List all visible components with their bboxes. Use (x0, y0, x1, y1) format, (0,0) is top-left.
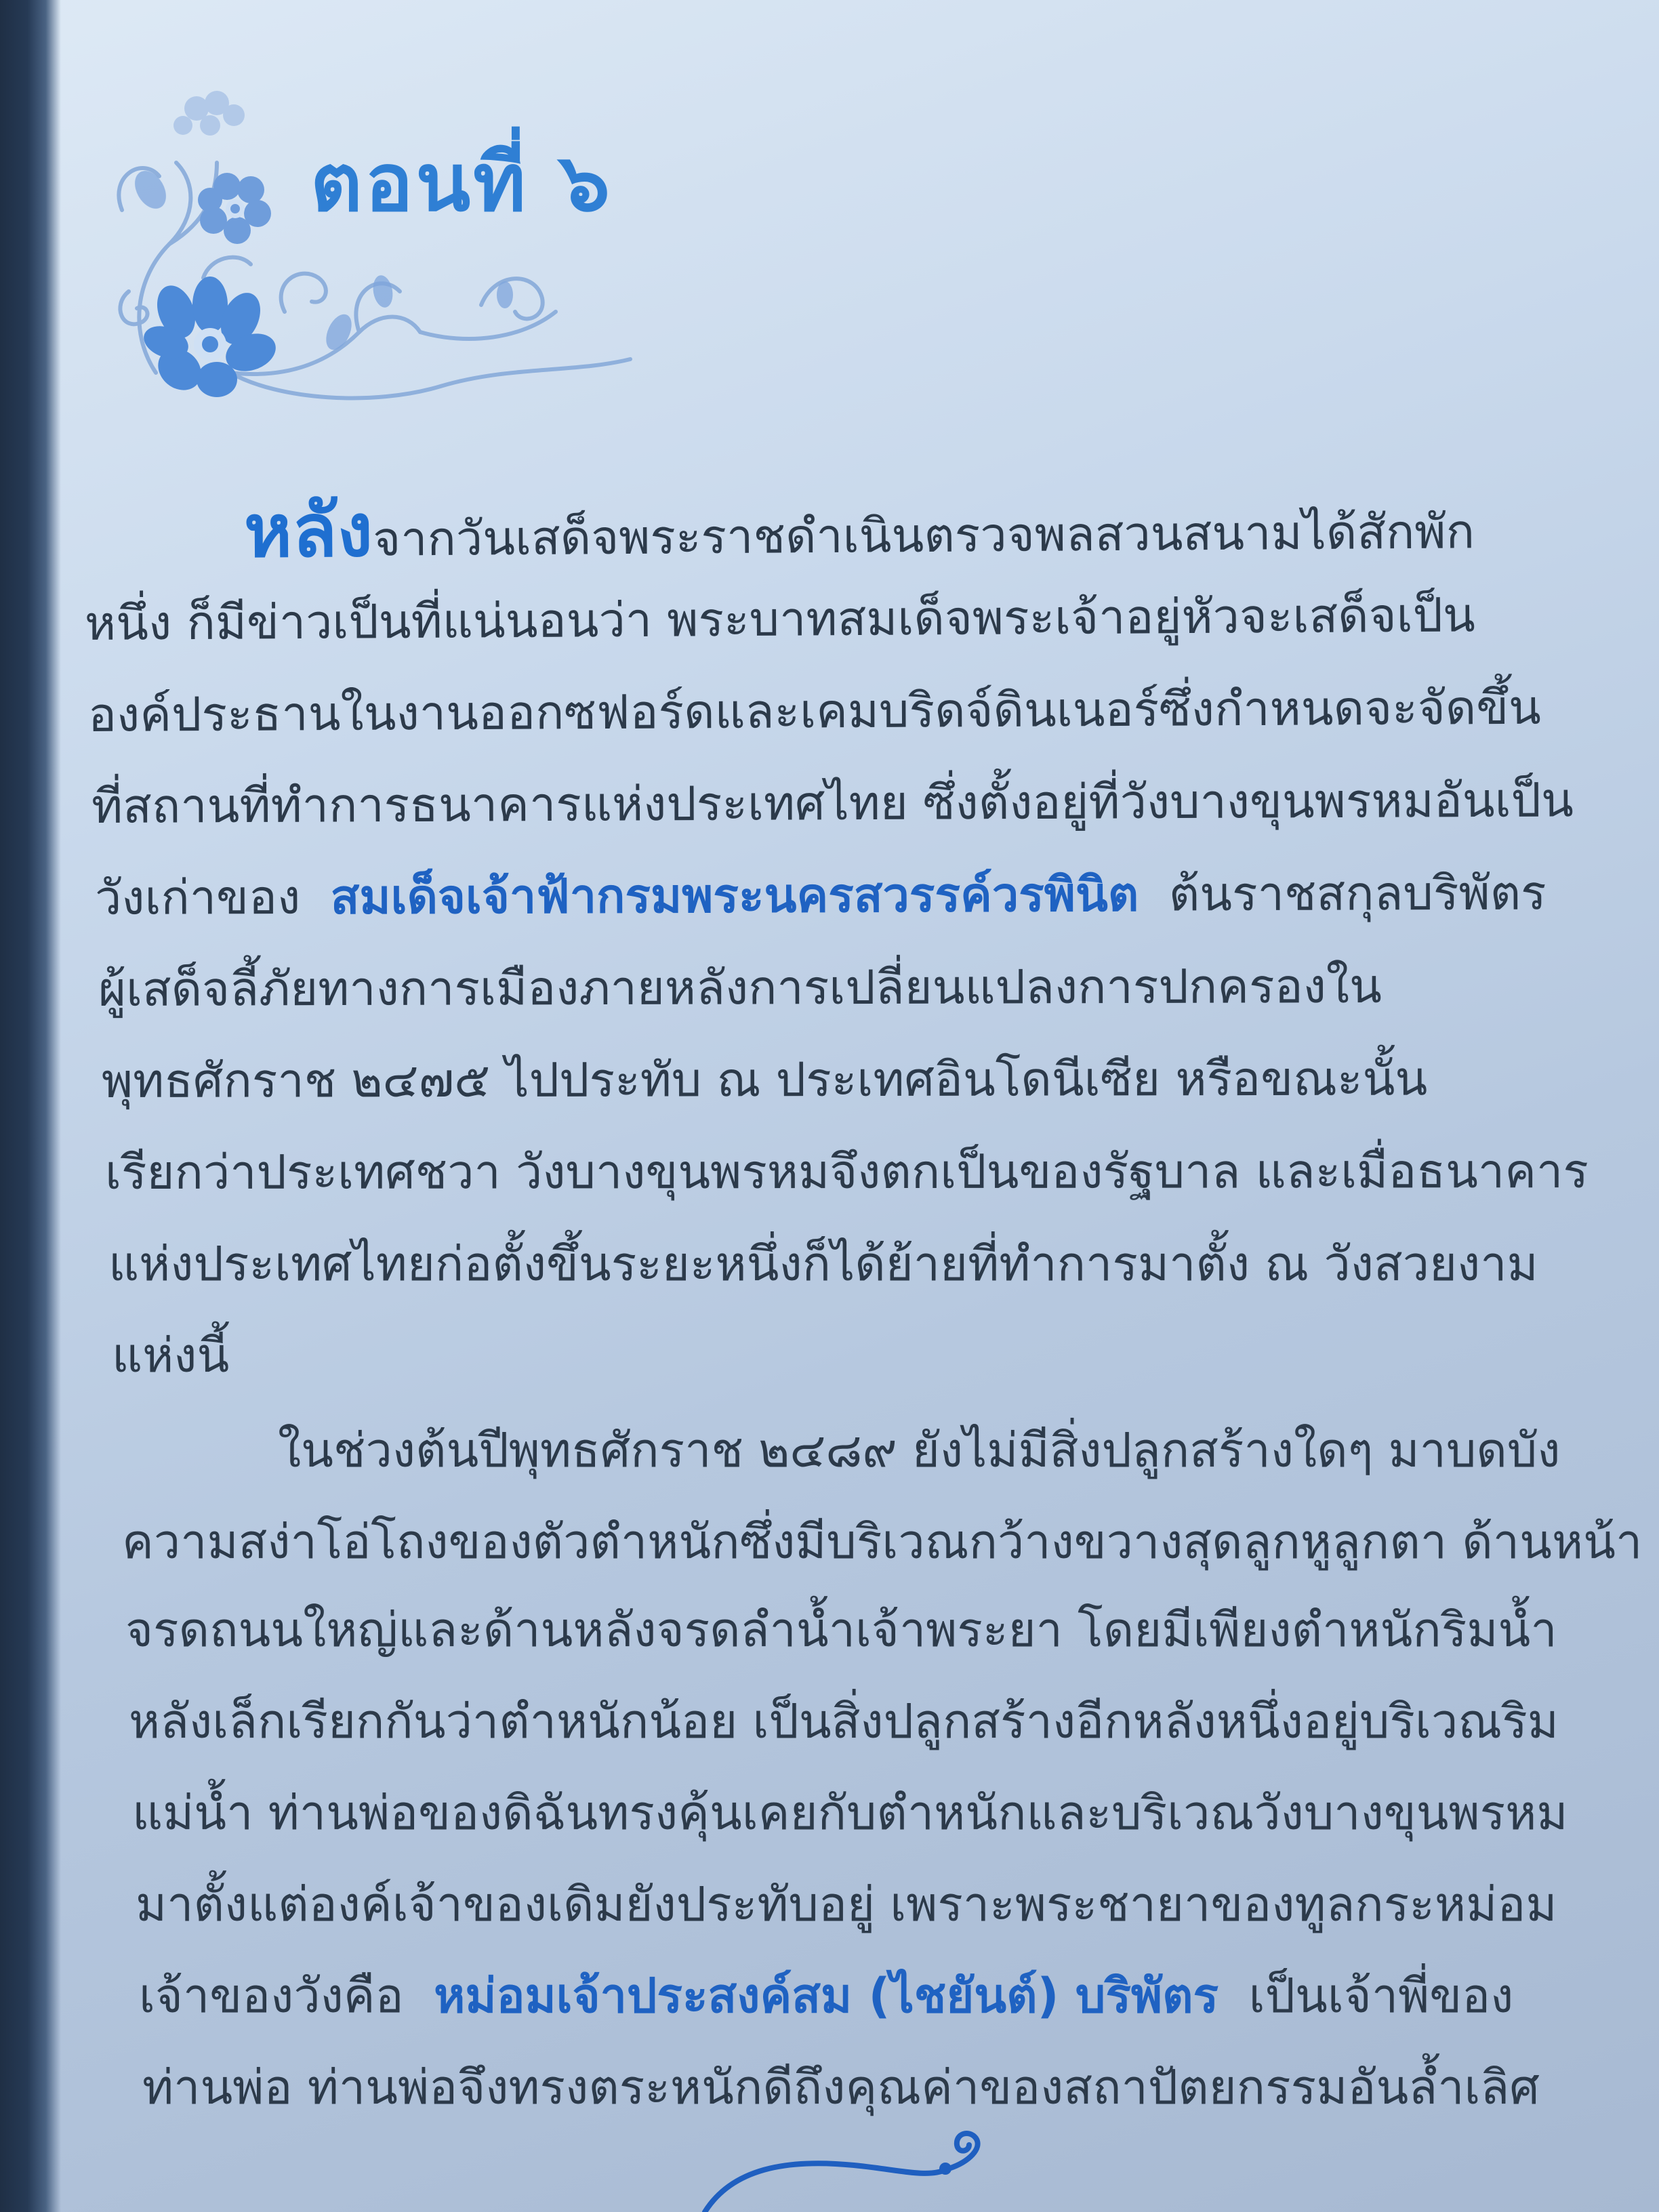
paragraph1-line-2: หนึ่ง ก็มีข่าวเป็นที่แน่นอนว่า พระบาทสมเ… (85, 581, 1475, 657)
paragraph2-line-1: ในช่วงต้นปีพุทธศักราช ๒๔๘๙ ยังไม่มีสิ่งป… (278, 1416, 1560, 1484)
line-text: เจ้าของวังคือ (139, 1968, 404, 2024)
emphasis-royal-name: สมเด็จเจ้าฟ้ากรมพระนครสวรรค์วรพินิต (331, 867, 1139, 925)
paragraph1-line-10: แห่งนี้ (112, 1322, 229, 1389)
paragraph2-line-6: มาตั้งแต่องค์เจ้าของเดิมยังประทับอยู่ เพ… (136, 1870, 1557, 1938)
line-text: วังเก่าของ (95, 869, 300, 926)
paragraph1-line-5: วังเก่าของ สมเด็จเจ้าฟ้ากรมพระนครสวรรค์ว… (95, 859, 1547, 932)
paragraph1-line-1: หลังจากวันเสด็จพระราชดำเนินตรวจพลสวนสนาม… (244, 489, 1559, 566)
line-text: จากวันเสด็จพระราชดำเนินตรวจพลสวนสนามได้ส… (373, 504, 1475, 567)
paragraph2-line-7: เจ้าของวังคือ หม่อมเจ้าประสงค์สม (ไชยันต… (139, 1962, 1513, 2030)
paragraph2-line-8: ท่านพ่อ ท่านพ่อจึงทรงตระหนักดีถึงคุณค่าข… (142, 2053, 1540, 2121)
paragraph1-line-3: องค์ประธานในงานออกซฟอร์ดและเคมบริดจ์ดินเ… (88, 674, 1541, 749)
line-text: ต้นราชสกุลบริพัตร (1169, 865, 1547, 922)
paragraph1-line-4: ที่สถานที่ทำการธนาคารแห่งประเทศไทย ซึ่งต… (91, 766, 1574, 840)
paragraph2-line-4: หลังเล็กเรียกกันว่าตำหนักน้อย เป็นสิ่งปล… (129, 1687, 1559, 1755)
paragraph2-line-3: จรดถนนใหญ่และด้านหลังจรดลำน้ำเจ้าพระยา โ… (125, 1596, 1557, 1664)
paragraph1-line-9: แห่งประเทศไทยก่อตั้งขึ้นระยะหนึ่งก็ได้ย้… (108, 1230, 1538, 1298)
paragraph1-line-8: เรียกว่าประเทศชวา วังบางขุนพรหมจึงตกเป็น… (105, 1137, 1589, 1206)
emphasis-royal-name: หม่อมเจ้าประสงค์สม (ไชยันต์) บริพัตร (434, 1968, 1218, 2024)
paragraph2-line-5: แม่น้ำ ท่านพ่อของดิฉันทรงคุ้นเคยกับตำหนั… (132, 1779, 1568, 1847)
paragraph1-line-7: พุทธศักราช ๒๔๗๕ ไปประทับ ณ ประเทศอินโดนี… (102, 1045, 1427, 1115)
book-spine-shadow (0, 0, 61, 2212)
swirl-ornament-icon (678, 2128, 1030, 2212)
line-text: เป็นเจ้าพี่ของ (1249, 1968, 1514, 2024)
dropcap: หลัง (244, 489, 373, 574)
book-page: ตอนที่ ๖ หลังจากวันเสด็จพระราชดำเนินตรวจ… (0, 0, 1659, 2212)
paragraph2-line-2: ความสง่าโอ่โถงของตัวตำหนักซึ่งมีบริเวณกว… (122, 1508, 1642, 1576)
paragraph1-line-6: ผู้เสด็จลี้ภัยทางการเมืองภายหลังการเปลี่… (98, 952, 1382, 1023)
chapter-title: ตอนที่ ๖ (310, 142, 613, 222)
